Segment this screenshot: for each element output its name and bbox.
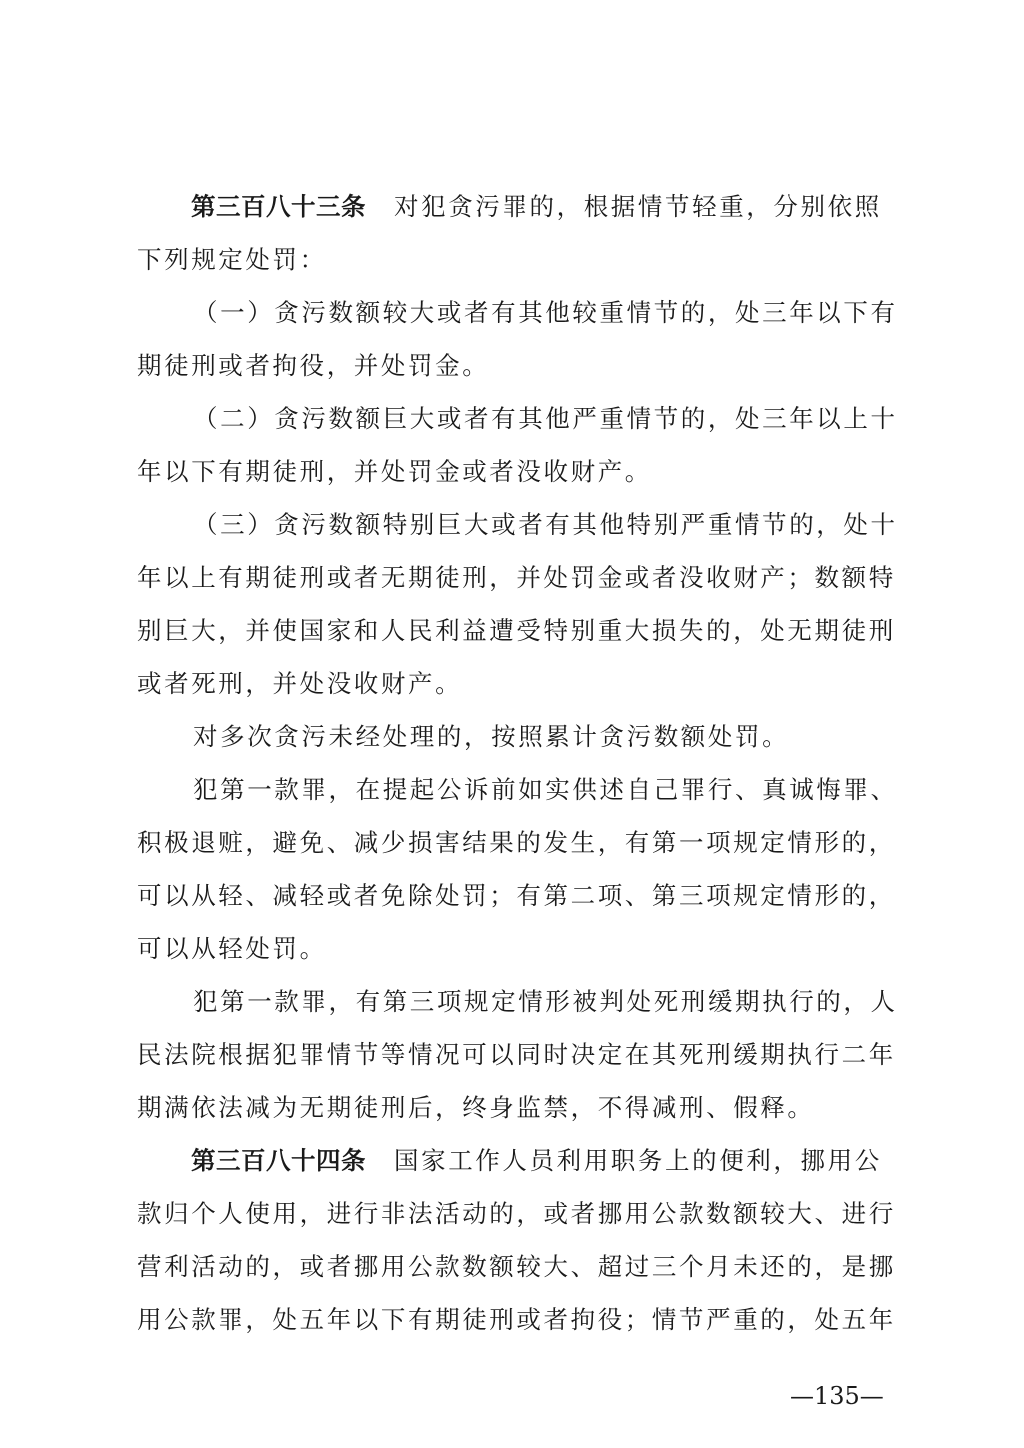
article-383-line-17: 民法院根据犯罪情节等情况可以同时决定在其死刑缓期执行二年 (137, 1035, 897, 1075)
article-384-line-1: 第三百八十四条国家工作人员利用职务上的便利，挪用公 (137, 1141, 897, 1181)
article-383-item-1: （一）贪污数额较大或者有其他较重情节的，处三年以下有 (137, 293, 953, 333)
article-383-item-3: （三）贪污数额特别巨大或者有其他特别严重情节的，处十 (137, 505, 953, 545)
page-number: —135— (790, 1382, 884, 1410)
article-383-para-4: 犯第一款罪，有第三项规定情形被判处死刑缓期执行的，人 (137, 982, 953, 1022)
article-383-title: 第三百八十三条 (191, 192, 366, 221)
article-383-line-6: 年以下有期徒刑，并处罚金或者没收财产。 (137, 452, 897, 492)
article-383-para-3: 犯第一款罪，在提起公诉前如实供述自己罪行、真诚悔罪、 (137, 770, 953, 810)
document-page: 第三百八十三条对犯贪污罪的，根据情节轻重，分别依照 下列规定处罚： （一）贪污数… (0, 0, 1024, 1448)
article-383-line-8: 年以上有期徒刑或者无期徒刑，并处罚金或者没收财产；数额特 (137, 558, 897, 598)
article-384-line-3: 营利活动的，或者挪用公款数额较大、超过三个月未还的，是挪 (137, 1247, 897, 1287)
article-383-line-15: 可以从轻处罚。 (137, 929, 897, 969)
article-383-line-13: 积极退赃，避免、减少损害结果的发生，有第一项规定情形的， (137, 823, 897, 863)
article-383-line-4: 期徒刑或者拘役，并处罚金。 (137, 346, 897, 386)
article-383-para-2: 对多次贪污未经处理的，按照累计贪污数额处罚。 (137, 717, 953, 757)
article-384-title: 第三百八十四条 (191, 1146, 366, 1175)
article-383-item-2: （二）贪污数额巨大或者有其他严重情节的，处三年以上十 (137, 399, 953, 439)
article-383-line-14: 可以从轻、减轻或者免除处罚；有第二项、第三项规定情形的， (137, 876, 897, 916)
article-383-line-10: 或者死刑，并处没收财产。 (137, 664, 897, 704)
article-383-line-1: 第三百八十三条对犯贪污罪的，根据情节轻重，分别依照 (137, 187, 897, 227)
article-383-line-2: 下列规定处罚： (137, 240, 897, 280)
article-383-line-18: 期满依法减为无期徒刑后，终身监禁，不得减刑、假释。 (137, 1088, 897, 1128)
article-383-line-9: 别巨大，并使国家和人民利益遭受特别重大损失的，处无期徒刑 (137, 611, 897, 651)
article-384-line-4: 用公款罪，处五年以下有期徒刑或者拘役；情节严重的，处五年 (137, 1300, 897, 1340)
article-384-line-2: 款归个人使用，进行非法活动的，或者挪用公款数额较大、进行 (137, 1194, 897, 1234)
